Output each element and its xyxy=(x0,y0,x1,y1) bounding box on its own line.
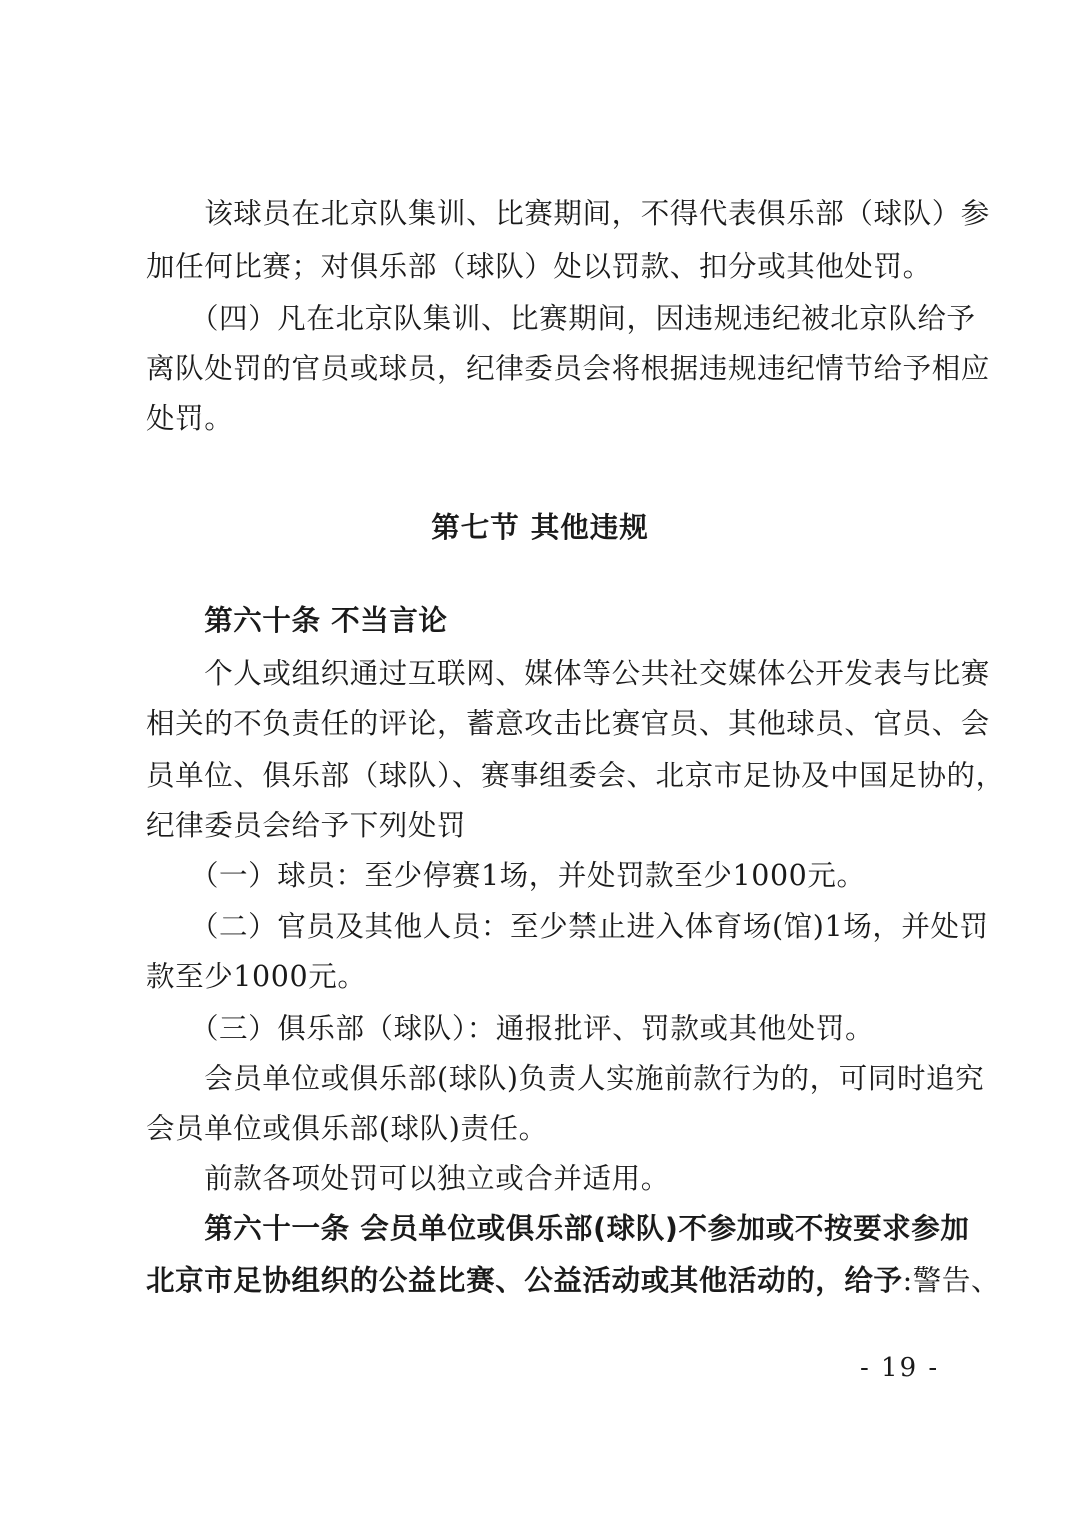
paragraph-line: 前款各项处罚可以独立或合并适用。 xyxy=(146,1165,946,1194)
paragraph-line: 会员单位或俱乐部(球队)责任。 xyxy=(146,1115,946,1144)
article-61-bold-text: 北京市足协组织的公益比赛、公益活动或其他活动的，给予 xyxy=(146,1264,903,1297)
paragraph-line: 会员单位或俱乐部(球队)负责人实施前款行为的，可同时追究 xyxy=(146,1065,946,1094)
paragraph-line: 处罚。 xyxy=(146,405,946,434)
paragraph-line: 纪律委员会给予下列处罚 xyxy=(146,812,946,841)
paragraph-line: （四）凡在北京队集训、比赛期间，因违规违纪被北京队给予 xyxy=(146,305,946,334)
penalty-item-3: （三）俱乐部（球队）：通报批评、罚款或其他处罚。 xyxy=(146,1015,946,1044)
section-heading: 第七节 其他违规 xyxy=(0,505,1080,546)
penalty-item-1: （一）球员：至少停赛1场，并处罚款至少1000元。 xyxy=(146,862,946,891)
paragraph-line: 该球员在北京队集训、比赛期间，不得代表俱乐部（球队）参 xyxy=(146,200,946,229)
paragraph-line: 个人或组织通过互联网、媒体等公共社交媒体公开发表与比赛 xyxy=(146,660,946,689)
paragraph-line: 离队处罚的官员或球员，纪律委员会将根据违规违纪情节给予相应 xyxy=(146,355,946,384)
article-61-line-1: 第六十一条 会员单位或俱乐部(球队)不参加或不按要求参加 xyxy=(146,1215,946,1244)
paragraph-line: 员单位、俱乐部（球队）、赛事组委会、北京市足协及中国足协的， xyxy=(146,762,946,791)
article-61-line-2: 北京市足协组织的公益比赛、公益活动或其他活动的，给予:警告、 xyxy=(146,1267,946,1296)
paragraph-line: 相关的不负责任的评论，蓄意攻击比赛官员、其他球员、官员、会 xyxy=(146,710,946,739)
document-page: 该球员在北京队集训、比赛期间，不得代表俱乐部（球队）参 加任何比赛；对俱乐部（球… xyxy=(0,0,1080,1527)
page-number: - 19 - xyxy=(860,1353,939,1383)
paragraph-line: 款至少1000元。 xyxy=(146,963,946,992)
paragraph-line: 加任何比赛；对俱乐部（球队）处以罚款、扣分或其他处罚。 xyxy=(146,253,946,282)
article-60-title: 第六十条 不当言论 xyxy=(146,607,946,636)
penalty-item-2: （二）官员及其他人员：至少禁止进入体育场(馆)1场，并处罚 xyxy=(146,913,946,942)
article-61-regular-text: :警告、 xyxy=(903,1264,1001,1297)
